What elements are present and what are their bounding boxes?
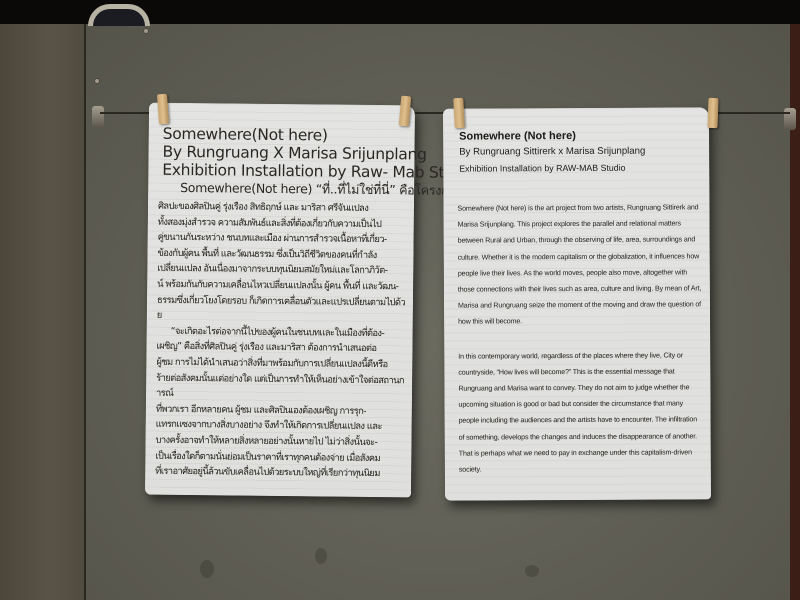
clothespin-icon [707,98,718,128]
right-sheet-credit: Exhibition Installation by RAW-MAB Studi… [459,159,699,176]
right-sheet-body: Somewhere (Not here) is the art project … [457,199,703,496]
right-sheet-byline: By Rungruang Sittirerk x Marisa Srijunpl… [459,143,699,160]
left-sheet-body: ศิลปะของศิลปินคู่ รุ่งเรือง สิทธิฤกษ์ แล… [155,199,408,482]
english-paragraph-1: Somewhere (Not here) is the art project … [457,199,702,330]
wall-panel-left [0,24,84,600]
clothespin-icon [453,98,465,128]
right-sheet-header: Somewhere (Not here) By Rungruang Sittir… [459,127,699,176]
wall-stain [315,548,327,564]
english-paragraph-2: In this contemporary world, regardless o… [458,347,703,478]
english-text-sheet: Somewhere (Not here) By Rungruang Sittir… [443,107,711,500]
left-sheet-intro: Somewhere(Not here) “ที่..ที่ไม่ใช่ที่นี… [162,179,407,200]
thai-line: ธรรมซึ่งเกี่ยวโยงโดยรอบ ก็เกิดการเคลื่อน… [157,292,407,326]
wire-hook-left-icon [92,106,104,128]
thai-text-sheet: Somewhere(Not here) By Rungruang X Maris… [145,103,415,498]
screw-icon [94,78,100,84]
right-sheet-title: Somewhere (Not here) [459,127,699,144]
thai-line: ที่เราอาศัยอยู่นี้ล้วนขับเคลื่อนไปด้วยระ… [155,464,405,482]
exhibition-photo: Somewhere(Not here) By Rungruang X Maris… [0,0,800,600]
ceiling-lamp-icon [88,4,150,26]
thai-line: ร้ายต่อสังคมนั้นแต่อย่างใด แต่เป็นการทำใ… [156,370,406,404]
left-sheet-header: Somewhere(Not here) By Rungruang X Maris… [162,125,408,200]
screw-icon [143,28,149,34]
wall-stain [200,560,214,578]
thai-line: บางครั้งอาจทำให้หลายสิ่งหลายอย่างนั้นหาย… [155,433,405,451]
wall-stain [525,565,539,577]
clothespin-icon [157,94,169,125]
